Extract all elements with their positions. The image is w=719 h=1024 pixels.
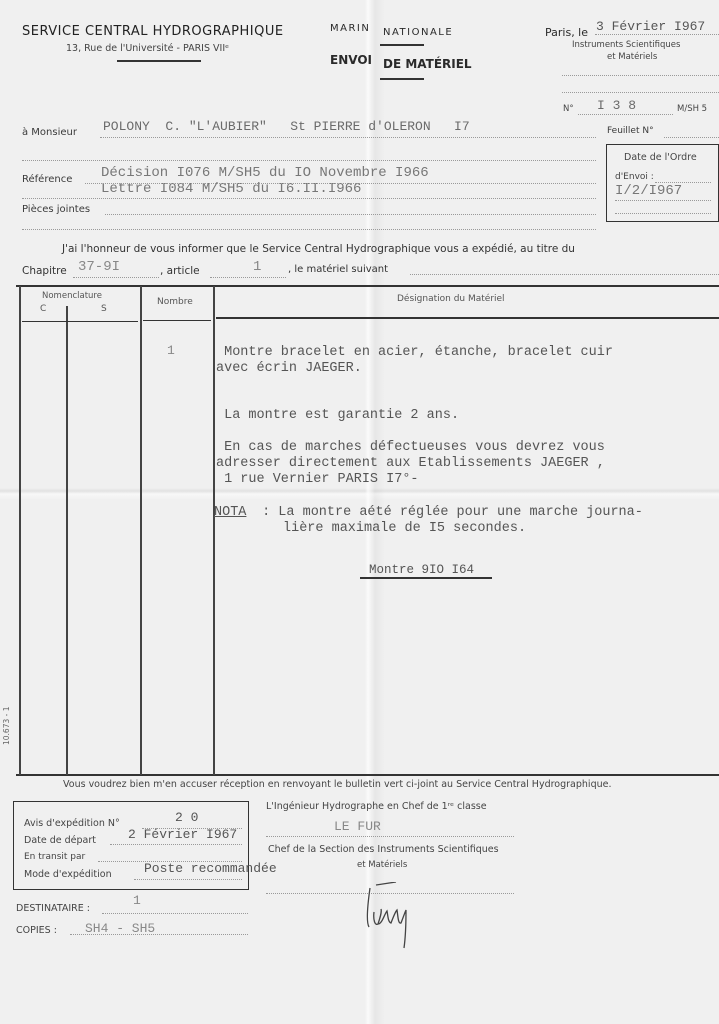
signature-icon [360,882,420,952]
chapitre-value: 37-9I [78,259,120,275]
doc-title-right: DE MATÉRIEL [383,57,472,71]
table-col-left [19,286,21,775]
number-label: N° [563,104,574,114]
reference-line1: Décision I076 M/SH5 du IO Novembre I966 [101,165,429,181]
signatory-name: LE FUR [334,819,381,834]
form-code: 10.673 - 1 [2,707,11,746]
date-dotline [595,34,719,35]
destinataire-value: 1 [133,893,141,908]
feuillet-field[interactable] [664,137,719,138]
depart-label: Date de départ [24,835,96,846]
dept-dotline-1 [562,75,719,76]
destinataire-dotline [102,913,248,914]
avis-value: 2 0 [175,810,198,825]
dept-line1: Instruments Scientifiques [572,40,680,50]
ordre-dotline-3 [615,213,711,214]
header-underline-designation [216,317,719,319]
ordre-dotline-2 [615,200,711,201]
defect-line3: 1 rue Vernier PARIS I7°- [216,472,419,488]
ordre-value: I/2/I967 [615,183,682,199]
row-designation-line1: Montre bracelet en acier, étanche, brace… [216,345,613,361]
feuillet-label: Feuillet N° [607,126,654,136]
number-dotline [578,114,673,115]
table-col-s-nombre [140,286,142,775]
defect-line2: adresser directement aux Etablissements … [216,456,605,472]
recipient-dotline [100,137,596,138]
watch-ref-underline [360,577,492,579]
recipient-label: à Monsieur [22,127,77,138]
article-value: 1 [253,259,261,275]
reference-dotline-2 [22,198,596,199]
suivant-dotline [410,274,719,275]
signatory-title: L'Ingénieur Hydrographe en Chef de 1ʳᵉ c… [266,801,487,812]
number-value: I 3 8 [597,98,636,113]
article-label: , article [160,265,200,277]
depart-dotline [110,844,242,845]
recipient-value: POLONY C. "L'AUBIER" St PIERRE d'OLERON … [103,119,470,134]
mode-label: Mode d'expédition [24,869,112,880]
dept-dotline-2 [562,92,719,93]
depart-value: 2 Février I967 [128,827,237,842]
doc-title-left: ENVOI [330,53,372,67]
copies-label: COPIES : [16,925,57,936]
transit-label: En transit par [24,852,85,862]
ordre-box: Date de l'Ordre d'Envoi : I/2/I967 [606,144,719,222]
header-s: S [101,304,107,314]
chapitre-dotline [73,277,159,278]
reference-dotline-1 [85,183,596,184]
dept-line2: et Matériels [607,52,657,62]
date-value: 3 Février I967 [596,19,705,34]
org-address: 13, Rue de l'Université - PARIS VIIᵉ [66,43,229,54]
marine-underline [380,44,424,46]
mode-dotline [134,879,242,880]
destinataire-label: DESTINATAIRE : [16,903,90,914]
signatory-role-line1: Chef de la Section des Instruments Scien… [268,844,499,855]
table-col-nombre-designation [213,286,215,775]
signatory-role-line2: et Matériels [357,860,407,870]
watch-ref: Montre 9IO I64 [369,563,474,577]
table-col-c-s [66,306,68,775]
place-label: Paris, le [545,26,588,39]
nota-line2: lière maximale de I5 secondes. [283,521,526,537]
number-suffix: M/SH 5 [677,104,707,114]
ordre-title: Date de l'Ordre [624,152,697,163]
org-name: SERVICE CENTRAL HYDROGRAPHIQUE [22,24,284,39]
reference-label: Référence [22,174,72,185]
pieces-jointes-label: Pièces jointes [22,204,90,215]
copies-dotline [70,934,248,935]
nota-label: NOTA [214,505,246,521]
header-designation: Désignation du Matériel [397,294,505,304]
article-dotline [210,277,286,278]
nota-line1: : La montre aété réglée pour une marche … [254,505,643,521]
avis-label: Avis d'expédition N° [24,818,120,829]
ordre-label: d'Envoi : [615,172,654,182]
guarantee-note: La montre est garantie 2 ans. [216,408,459,424]
table-bottom-rule [16,774,719,776]
accuse-reception: Vous voudrez bien m'en accuser réception… [63,779,611,790]
title-underline [380,78,424,80]
header-c: C [40,304,46,314]
recipient-dotline-2 [22,160,596,161]
header-underline-cs [22,321,138,322]
table-top-rule [16,285,719,287]
defect-line1: En cas de marches défectueuses vous devr… [216,440,605,456]
marine-right: NATIONALE [383,27,453,38]
marine-left: MARIN [330,23,370,34]
document-page: SERVICE CENTRAL HYDROGRAPHIQUE 13, Rue d… [0,0,719,1024]
header-underline [117,60,201,62]
suivant-label: , le matériel suivant [288,264,388,275]
header-nomenclature: Nomenclature [42,291,102,301]
row-nombre: 1 [167,343,175,358]
pieces-dotline-2 [22,229,596,230]
expedition-box: Avis d'expédition N° 2 0 Date de départ … [13,801,249,890]
pieces-jointes-field[interactable] [105,214,596,215]
header-underline-nombre [143,320,211,321]
signatory-name-dotline [266,836,514,837]
row-designation-line2: avec écrin JAEGER. [216,361,362,377]
mode-value: Poste recommandée [144,861,277,876]
intro-sentence: J'ai l'honneur de vous informer que le S… [62,243,575,255]
header-nombre: Nombre [157,297,193,307]
chapitre-label: Chapitre [22,265,67,277]
